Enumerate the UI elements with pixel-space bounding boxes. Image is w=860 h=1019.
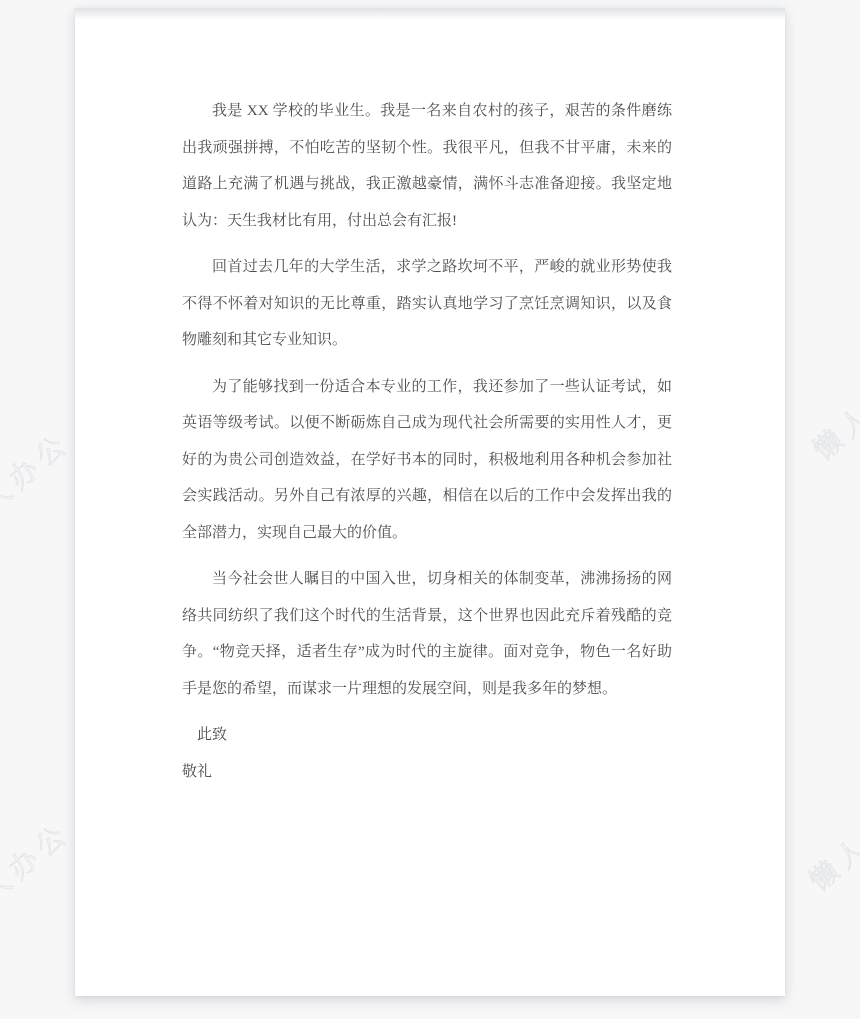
letter-salute: 敬礼	[182, 754, 672, 791]
watermark-text: 懒人办公	[804, 348, 860, 469]
paragraph: 为了能够找到一份适合本专业的工作，我还参加了一些认证考试，如英语等级考试。以便不…	[182, 369, 672, 552]
watermark-text: 懒人办公	[800, 779, 860, 900]
watermark-text: 懒人办公	[0, 422, 78, 543]
document-body: 我是 XX 学校的毕业生。我是一名来自农村的孩子，艰苦的条件磨练出我顽强拼搏，不…	[182, 93, 672, 790]
paragraph: 我是 XX 学校的毕业生。我是一名来自农村的孩子，艰苦的条件磨练出我顽强拼搏，不…	[182, 93, 672, 239]
paragraph: 回首过去几年的大学生活，求学之路坎坷不平，严峻的就业形势使我不得不怀着对知识的无…	[182, 249, 672, 359]
document-viewer: 懒人办公 懒人办公 懒人办公 懒人办公 懒人办公 懒人办公 我是 XX 学校的毕…	[0, 0, 860, 1019]
watermark-text: 懒人办公	[0, 812, 78, 933]
document-page: 我是 XX 学校的毕业生。我是一名来自农村的孩子，艰苦的条件磨练出我顽强拼搏，不…	[75, 8, 785, 996]
paragraph: 当今社会世人瞩目的中国入世，切身相关的体制变革，沸沸扬扬的网络共同纺织了我们这个…	[182, 561, 672, 707]
page-top-shadow	[75, 8, 785, 20]
letter-closing: 此致	[182, 717, 672, 754]
